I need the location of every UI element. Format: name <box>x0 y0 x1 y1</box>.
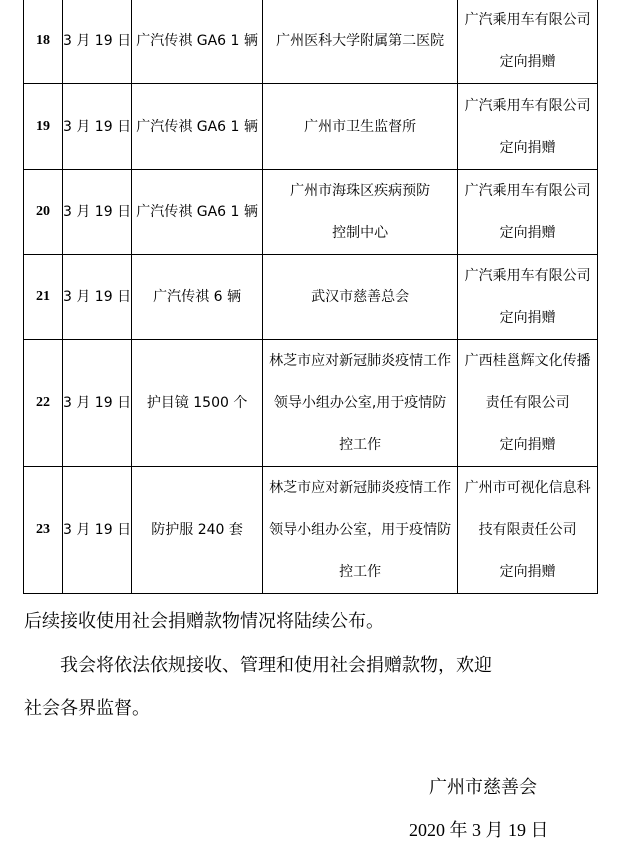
body-paragraph-2-line-1: 我会将依法依规接收、管理和使用社会捐赠款物，欢迎 <box>60 651 492 677</box>
donor-line: 定向捐赠 <box>458 212 597 254</box>
recipient-line: 林芝市应对新冠肺炎疫情工作 <box>263 467 457 509</box>
recipient-line: 广州市卫生监督所 <box>263 106 457 148</box>
row-item: 护目镜 1500 个 <box>132 340 263 467</box>
signature-date: 2020 年 3 月 19 日 <box>409 816 549 842</box>
row-donor: 广州市可视化信息科技有限责任公司定向捐赠 <box>458 467 598 594</box>
table-row: 22 3 月 19 日 护目镜 1500 个 林芝市应对新冠肺炎疫情工作领导小组… <box>24 340 598 467</box>
row-number: 19 <box>24 84 63 170</box>
row-item: 广汽传祺 GA6 1 辆 <box>132 0 263 84</box>
row-recipient: 广州市海珠区疾病预防控制中心 <box>263 170 458 255</box>
row-item: 广汽传祺 6 辆 <box>132 255 263 340</box>
donor-line: 定向捐赠 <box>458 41 597 83</box>
signature-org: 广州市慈善会 <box>429 773 537 799</box>
recipient-line: 领导小组办公室，用于疫情防 <box>263 509 457 551</box>
donor-line: 广汽乘用车有限公司 <box>458 0 597 41</box>
donor-line: 责任有限公司 <box>458 382 597 424</box>
row-recipient: 武汉市慈善总会 <box>263 255 458 340</box>
table-row: 19 3 月 19 日 广汽传祺 GA6 1 辆 广州市卫生监督所 广汽乘用车有… <box>24 84 598 170</box>
donor-line: 定向捐赠 <box>458 424 597 466</box>
recipient-line: 武汉市慈善总会 <box>263 276 457 318</box>
row-number: 20 <box>24 170 63 255</box>
row-item: 防护服 240 套 <box>132 467 263 594</box>
row-recipient: 广州市卫生监督所 <box>263 84 458 170</box>
table-row: 18 3 月 19 日 广汽传祺 GA6 1 辆 广州医科大学附属第二医院 广汽… <box>24 0 598 84</box>
row-recipient: 林芝市应对新冠肺炎疫情工作领导小组办公室,用于疫情防控工作 <box>263 340 458 467</box>
row-donor: 广汽乘用车有限公司定向捐赠 <box>458 0 598 84</box>
recipient-line: 广州市海珠区疾病预防 <box>263 170 457 212</box>
row-item: 广汽传祺 GA6 1 辆 <box>132 84 263 170</box>
donor-line: 技有限责任公司 <box>458 509 597 551</box>
recipient-line: 广州医科大学附属第二医院 <box>263 20 457 62</box>
recipient-line: 控工作 <box>263 424 457 466</box>
row-number: 22 <box>24 340 63 467</box>
row-donor: 广汽乘用车有限公司定向捐赠 <box>458 170 598 255</box>
row-date: 3 月 19 日 <box>63 84 132 170</box>
row-date: 3 月 19 日 <box>63 467 132 594</box>
row-donor: 广汽乘用车有限公司定向捐赠 <box>458 84 598 170</box>
donor-line: 广汽乘用车有限公司 <box>458 255 597 297</box>
recipient-line: 领导小组办公室,用于疫情防 <box>263 382 457 424</box>
donor-line: 定向捐赠 <box>458 127 597 169</box>
row-donor: 广汽乘用车有限公司定向捐赠 <box>458 255 598 340</box>
recipient-line: 控制中心 <box>263 212 457 254</box>
row-date: 3 月 19 日 <box>63 255 132 340</box>
table-row: 20 3 月 19 日 广汽传祺 GA6 1 辆 广州市海珠区疾病预防控制中心 … <box>24 170 598 255</box>
row-date: 3 月 19 日 <box>63 340 132 467</box>
donor-line: 定向捐赠 <box>458 551 597 593</box>
row-recipient: 广州医科大学附属第二医院 <box>263 0 458 84</box>
row-number: 23 <box>24 467 63 594</box>
row-recipient: 林芝市应对新冠肺炎疫情工作领导小组办公室，用于疫情防控工作 <box>263 467 458 594</box>
row-item: 广汽传祺 GA6 1 辆 <box>132 170 263 255</box>
donor-line: 广西桂邕辉文化传播 <box>458 340 597 382</box>
table-row: 23 3 月 19 日 防护服 240 套 林芝市应对新冠肺炎疫情工作领导小组办… <box>24 467 598 594</box>
body-paragraph-1: 后续接收使用社会捐赠款物情况将陆续公布。 <box>24 607 384 633</box>
donor-line: 广汽乘用车有限公司 <box>458 85 597 127</box>
row-number: 18 <box>24 0 63 84</box>
row-donor: 广西桂邕辉文化传播责任有限公司定向捐赠 <box>458 340 598 467</box>
table-row: 21 3 月 19 日 广汽传祺 6 辆 武汉市慈善总会 广汽乘用车有限公司定向… <box>24 255 598 340</box>
row-date: 3 月 19 日 <box>63 170 132 255</box>
recipient-line: 林芝市应对新冠肺炎疫情工作 <box>263 340 457 382</box>
donation-table: 18 3 月 19 日 广汽传祺 GA6 1 辆 广州医科大学附属第二医院 广汽… <box>23 0 598 594</box>
row-date: 3 月 19 日 <box>63 0 132 84</box>
recipient-line: 控工作 <box>263 551 457 593</box>
donor-line: 广汽乘用车有限公司 <box>458 170 597 212</box>
body-paragraph-2-line-2: 社会各界监督。 <box>24 694 150 720</box>
donor-line: 定向捐赠 <box>458 297 597 339</box>
row-number: 21 <box>24 255 63 340</box>
donor-line: 广州市可视化信息科 <box>458 467 597 509</box>
